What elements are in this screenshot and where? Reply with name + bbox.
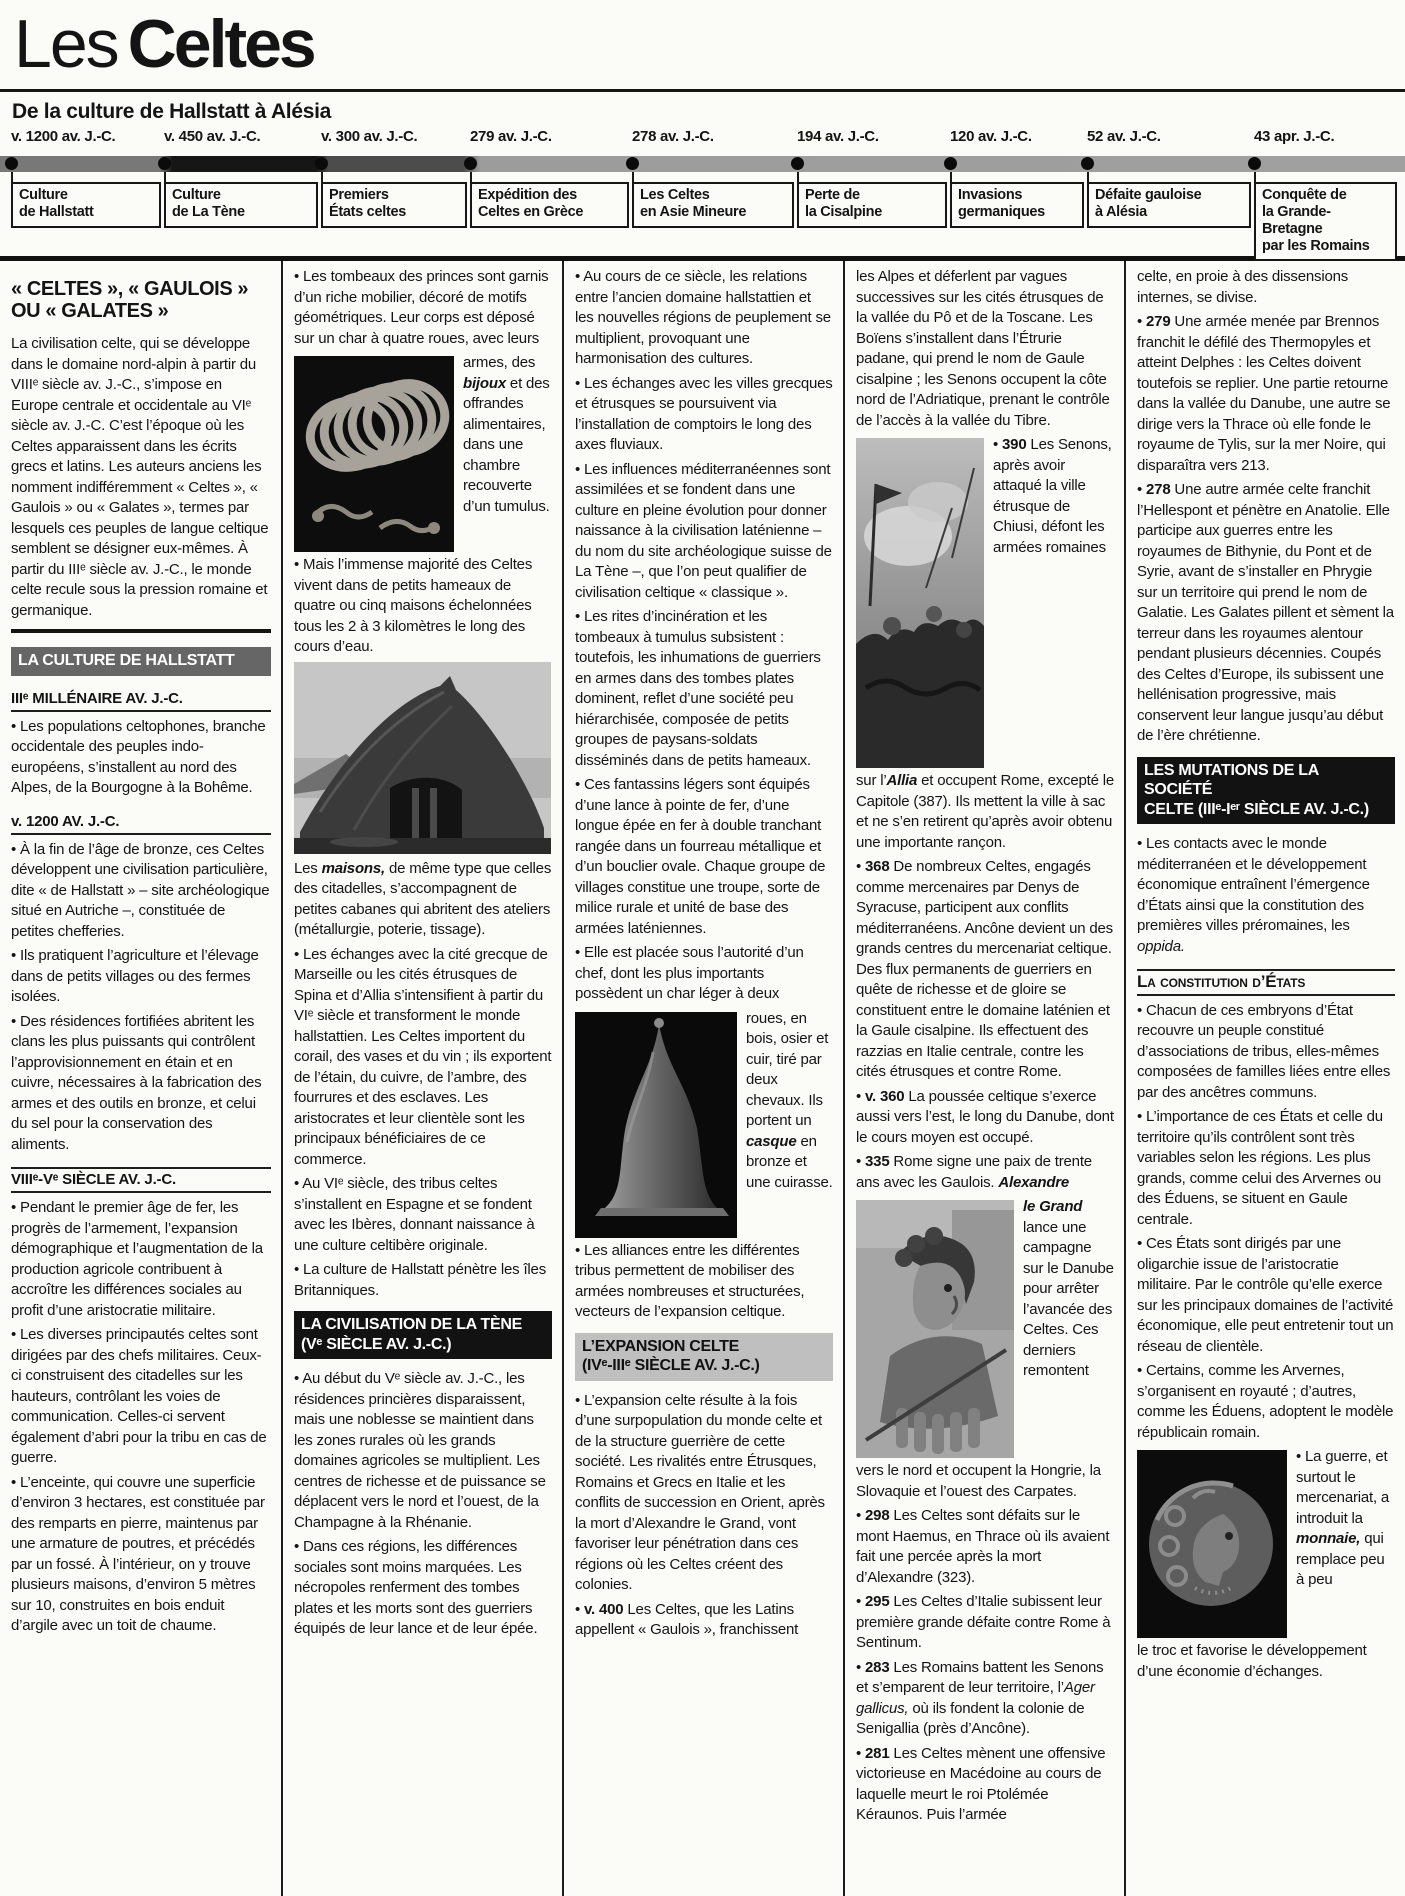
timeline-dot	[1248, 157, 1261, 170]
article-columns: « CELTES », « GAULOIS »OU « GALATES » La…	[0, 261, 1405, 1896]
article-heading: « CELTES », « GAULOIS »OU « GALATES »	[11, 279, 271, 322]
divider	[11, 629, 271, 633]
timeline-event-label: Invasionsgermaniques	[950, 182, 1084, 228]
timeline-dot	[626, 157, 639, 170]
paragraph: • Les rites d’incinération et les tombea…	[575, 607, 833, 771]
paragraph: • L’importance de ces États et celle du …	[1137, 1107, 1395, 1230]
masthead: LesCeltes	[0, 0, 1405, 92]
paragraph: vers le nord et occupent la Hongrie, la …	[856, 1461, 1114, 1502]
paragraph: • 281 Les Celtes mènent une offensive vi…	[856, 1744, 1114, 1826]
section-header-la-tene: LA CIVILISATION DE LA TÈNE(Vᵉ SIÈCLE AV.…	[294, 1311, 552, 1359]
paragraph: • Les influences méditerranéennes sont a…	[575, 460, 833, 604]
subhead-1200: v. 1200 AV. J.-C.	[11, 811, 271, 835]
paragraph: • La culture de Hallstatt pénètre les îl…	[294, 1260, 552, 1301]
paragraph: • Ils pratiquent l’agriculture et l’élev…	[11, 946, 271, 1008]
timeline-date: v. 1200 av. J.-C.	[11, 128, 115, 145]
timeline-dot	[1081, 157, 1094, 170]
column-5: celte, en proie à des dissensions intern…	[1124, 261, 1405, 1896]
paragraph: • Les échanges avec les villes grecques …	[575, 374, 833, 456]
timeline-dot	[5, 157, 18, 170]
paragraph: • Elle est placée sous l’autorité d’un c…	[575, 943, 833, 1005]
paragraph: • La guerre, et surtout le mercenariat, …	[1296, 1447, 1395, 1591]
paragraph: • Pendant le premier âge de fer, les pro…	[11, 1198, 271, 1321]
paragraph: • Chacun de ces embryons d’État recouvre…	[1137, 1001, 1395, 1104]
timeline-event-label: Perte dela Cisalpine	[797, 182, 947, 228]
timeline-event: v. 450 av. J.-C. Culturede La Tène	[164, 126, 321, 254]
bronze-armlets-photo	[294, 356, 454, 552]
timeline-date: v. 450 av. J.-C.	[164, 128, 260, 145]
timeline-event: v. 1200 av. J.-C. Culturede Hallstatt	[11, 126, 164, 254]
paragraph: • 390 Les Senons, après avoir attaqué la…	[993, 435, 1114, 558]
timeline-event: 43 apr. J.-C. Conquête dela Grande-Breta…	[1254, 126, 1400, 254]
page-title-celtes: Celtes	[128, 6, 314, 82]
section-header-mutations: LES MUTATIONS DE LA SOCIÉTÉCELTE (IIIᵉ-I…	[1137, 757, 1395, 825]
timeline-date: 194 av. J.-C.	[797, 128, 879, 145]
timeline: v. 1200 av. J.-C. Culturede Hallstatt v.…	[0, 126, 1405, 254]
paragraph: • Au cours de ce siècle, les relations e…	[575, 267, 833, 370]
alexander-mosaic-photo	[856, 1200, 1014, 1458]
timeline-date: 278 av. J.-C.	[632, 128, 714, 145]
timeline-event: v. 300 av. J.-C. PremiersÉtats celtes	[321, 126, 470, 254]
paragraph: • Les tombeaux des princes sont garnis d…	[294, 267, 552, 349]
paragraph: le Grand lance une campagne sur le Danub…	[1023, 1197, 1114, 1382]
paragraph: armes, des bijoux et des offrandes alime…	[463, 353, 552, 517]
timeline-event-label: Les Celtesen Asie Mineure	[632, 182, 794, 228]
paragraph: • Au début du Vᵉ siècle av. J.-C., les r…	[294, 1369, 552, 1533]
paragraph: • Certains, comme les Arvernes, s’organi…	[1137, 1361, 1395, 1443]
timeline-dot	[944, 157, 957, 170]
timeline-date: v. 300 av. J.-C.	[321, 128, 417, 145]
timeline-dot	[464, 157, 477, 170]
timeline-event: 120 av. J.-C. Invasionsgermaniques	[950, 126, 1087, 254]
page-title: LesCeltes	[14, 12, 1405, 77]
timeline-date: 52 av. J.-C.	[1087, 128, 1161, 145]
section-header-hallstatt: LA CULTURE DE HALLSTATT	[11, 647, 271, 676]
paragraph: • 335 Rome signe une paix de trente ans …	[856, 1152, 1114, 1193]
battle-engraving-photo	[856, 438, 984, 768]
paragraph: les Alpes et déferlent par vagues succes…	[856, 267, 1114, 431]
timeline-event-label: PremiersÉtats celtes	[321, 182, 467, 228]
paragraph: • Les diverses principautés celtes sont …	[11, 1325, 271, 1469]
paragraph: roues, en bois, osier et cuir, tiré par …	[746, 1009, 833, 1194]
subhead-iii-millenaire: IIIᵉ MILLÉNAIRE AV. J.-C.	[11, 688, 271, 712]
paragraph: celte, en proie à des dissensions intern…	[1137, 267, 1395, 308]
thatched-house-photo	[294, 662, 552, 854]
timeline-date: 43 apr. J.-C.	[1254, 128, 1334, 145]
timeline-event: 194 av. J.-C. Perte dela Cisalpine	[797, 126, 950, 254]
timeline-date: 279 av. J.-C.	[470, 128, 552, 145]
paragraph: • 298 Les Celtes sont défaits sur le mon…	[856, 1506, 1114, 1588]
timeline-dot	[158, 157, 171, 170]
page-title-les: Les	[14, 6, 118, 82]
column-1: « CELTES », « GAULOIS »OU « GALATES » La…	[0, 261, 281, 1896]
timeline-event-label: Conquête dela Grande-Bretagnepar les Rom…	[1254, 182, 1397, 261]
column-3: • Au cours de ce siècle, les relations e…	[562, 261, 843, 1896]
paragraph: • L’enceinte, qui couvre une superficie …	[11, 1473, 271, 1637]
bronze-helmet-photo	[575, 1012, 737, 1238]
timeline-event-label: Culturede La Tène	[164, 182, 318, 228]
photo-caption: Les maisons, de même type que celles des…	[294, 859, 552, 941]
paragraph: • 283 Les Romains battent les Senons et …	[856, 1658, 1114, 1740]
section-header-expansion: L’EXPANSION CELTE(IVᵉ-IIIᵉ SIÈCLE AV. J.…	[575, 1333, 833, 1381]
column-2: • Les tombeaux des princes sont garnis d…	[281, 261, 562, 1896]
paragraph: • Dans ces régions, les différences soci…	[294, 1537, 552, 1640]
timeline-event-label: Défaite gauloiseà Alésia	[1087, 182, 1251, 228]
paragraph: • Des résidences fortifiées abritent les…	[11, 1012, 271, 1156]
column-4: les Alpes et déferlent par vagues succes…	[843, 261, 1124, 1896]
timeline-event: 279 av. J.-C. Expédition desCeltes en Gr…	[470, 126, 632, 254]
paragraph: • 295 Les Celtes d’Italie subissent leur…	[856, 1592, 1114, 1654]
paragraph: le troc et favorise le développement d’u…	[1137, 1641, 1395, 1682]
paragraph: • 368 De nombreux Celtes, engagés comme …	[856, 857, 1114, 1083]
paragraph: • Les alliances entre les différentes tr…	[575, 1241, 833, 1323]
paragraph: • Mais l’immense majorité des Celtes viv…	[294, 555, 552, 658]
timeline-dot	[315, 157, 328, 170]
timeline-event: 278 av. J.-C. Les Celtesen Asie Mineure	[632, 126, 797, 254]
timeline-event-label: Culturede Hallstatt	[11, 182, 161, 228]
paragraph: • Au VIᵉ siècle, des tribus celtes s’ins…	[294, 1174, 552, 1256]
encyclopedia-page: LesCeltes De la culture de Hallstatt à A…	[0, 0, 1405, 1896]
paragraph: • À la fin de l’âge de bronze, ces Celte…	[11, 840, 271, 943]
timeline-heading: De la culture de Hallstatt à Alésia	[12, 100, 1405, 124]
paragraph: • 279 Une armée menée par Brennos franch…	[1137, 312, 1395, 476]
timeline-date: 120 av. J.-C.	[950, 128, 1032, 145]
timeline-event-label: Expédition desCeltes en Grèce	[470, 182, 629, 228]
paragraph: La civilisation celte, qui se développe …	[11, 334, 271, 621]
paragraph: • Ces fantassins légers sont équipés d’u…	[575, 775, 833, 939]
paragraph: • Les contacts avec le monde méditerrané…	[1137, 834, 1395, 957]
subhead-viii-v-siecle: VIIIᵉ-Vᵉ SIÈCLE AV. J.-C.	[11, 1167, 271, 1193]
subhead-constitution-etats: La constitution d’États	[1137, 969, 1395, 996]
timeline-event: 52 av. J.-C. Défaite gauloiseà Alésia	[1087, 126, 1254, 254]
paragraph: sur l’Allia et occupent Rome, excepté le…	[856, 771, 1114, 853]
paragraph: • v. 400 Les Celtes, que les Latins appe…	[575, 1600, 833, 1641]
celtic-coin-photo	[1137, 1450, 1287, 1638]
paragraph: • Les échanges avec la cité grecque de M…	[294, 945, 552, 1171]
paragraph: • L’expansion celte résulte à la fois d’…	[575, 1391, 833, 1596]
paragraph: • Ces États sont dirigés par une oligarc…	[1137, 1234, 1395, 1357]
paragraph: • Les populations celtophones, branche o…	[11, 717, 271, 799]
paragraph: • 278 Une autre armée celte franchit l’H…	[1137, 480, 1395, 747]
timeline-dot	[791, 157, 804, 170]
paragraph: • v. 360 La poussée celtique s’exerce au…	[856, 1087, 1114, 1149]
